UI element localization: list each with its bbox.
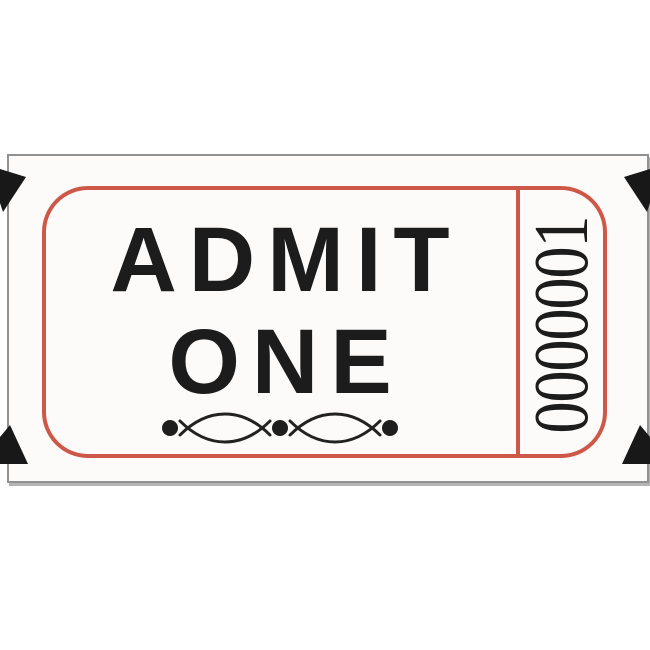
flourish-dot-right	[382, 420, 398, 436]
serial-number: 0000001	[524, 217, 601, 434]
one-text: ONE	[42, 316, 518, 408]
flourish-dot-left	[162, 420, 178, 436]
flourish-dot-center	[272, 420, 288, 436]
ticket-body: ADMIT ONE	[42, 186, 518, 458]
admit-text: ADMIT	[42, 214, 518, 306]
ticket-product-image: ADMIT ONE 0000001	[0, 0, 650, 650]
flourish-divider-icon	[160, 410, 400, 446]
